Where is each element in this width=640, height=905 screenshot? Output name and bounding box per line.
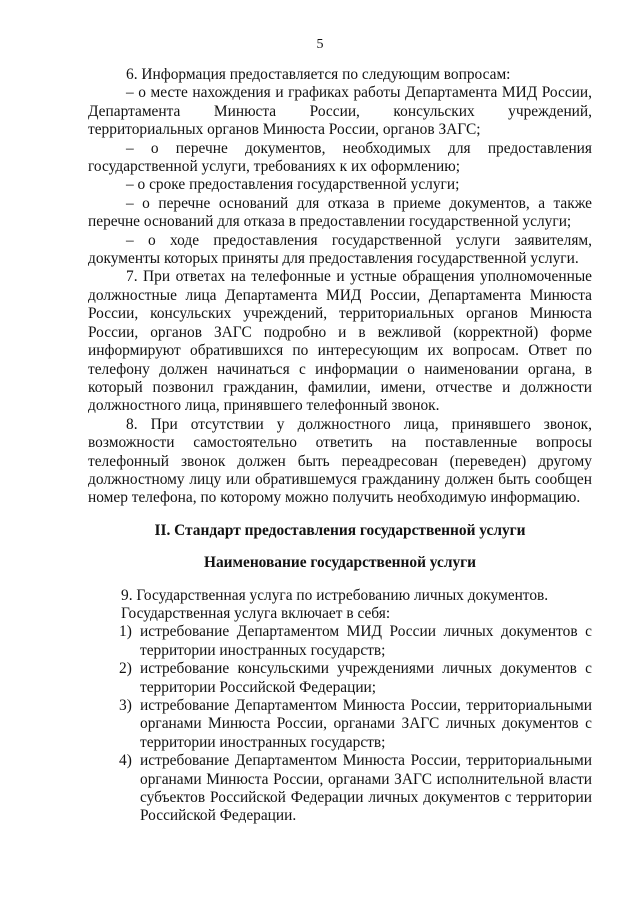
list-item-number: 3) bbox=[119, 697, 132, 715]
list-item: 3) истребование Департаментом Минюста Ро… bbox=[88, 697, 592, 752]
section-8-paragraph: 8. При отсутствии у должностного лица, п… bbox=[88, 416, 592, 508]
section-7-paragraph: 7. При ответах на телефонные и устные об… bbox=[88, 268, 592, 415]
section-6-item: – о перечне оснований для отказа в прием… bbox=[88, 195, 592, 232]
section-6-item: – о ходе предоставления государственной … bbox=[88, 232, 592, 269]
page-number: 5 bbox=[0, 36, 640, 54]
list-item: 4) истребование Департаментом Минюста Ро… bbox=[88, 752, 592, 826]
list-item: 2) истребование консульскими учреждениям… bbox=[88, 660, 592, 697]
subheading: Наименование государственной услуги bbox=[88, 554, 592, 572]
list-item-number: 1) bbox=[119, 623, 132, 641]
list-item-number: 2) bbox=[119, 660, 132, 678]
section-9-title: 9. Государственная услуга по истребовани… bbox=[88, 587, 592, 605]
section-9-intro: Государственная услуга включает в себя: bbox=[88, 605, 592, 623]
section-6-item: – о месте нахождения и графиках работы Д… bbox=[88, 84, 592, 139]
list-item-text: истребование Департаментом Минюста Росси… bbox=[140, 752, 592, 824]
list-item-number: 4) bbox=[119, 752, 132, 770]
list-item-text: истребование Департаментом МИД России ли… bbox=[140, 623, 592, 658]
document-page: 5 6. Информация предоставляется по следу… bbox=[0, 0, 640, 905]
section-6-item: – о сроке предоставления государственной… bbox=[88, 176, 592, 194]
list-item-text: истребование консульскими учреждениями л… bbox=[140, 660, 592, 695]
section-6-intro: 6. Информация предоставляется по следующ… bbox=[88, 66, 592, 84]
section-6-item: – о перечне документов, необходимых для … bbox=[88, 140, 592, 177]
document-body: 6. Информация предоставляется по следующ… bbox=[88, 66, 592, 826]
list-item-text: истребование Департаментом Минюста Росси… bbox=[140, 697, 592, 751]
list-item: 1) истребование Департаментом МИД России… bbox=[88, 623, 592, 660]
chapter-heading: II. Стандарт предоставления государствен… bbox=[88, 522, 592, 540]
services-list: 1) истребование Департаментом МИД России… bbox=[88, 623, 592, 825]
